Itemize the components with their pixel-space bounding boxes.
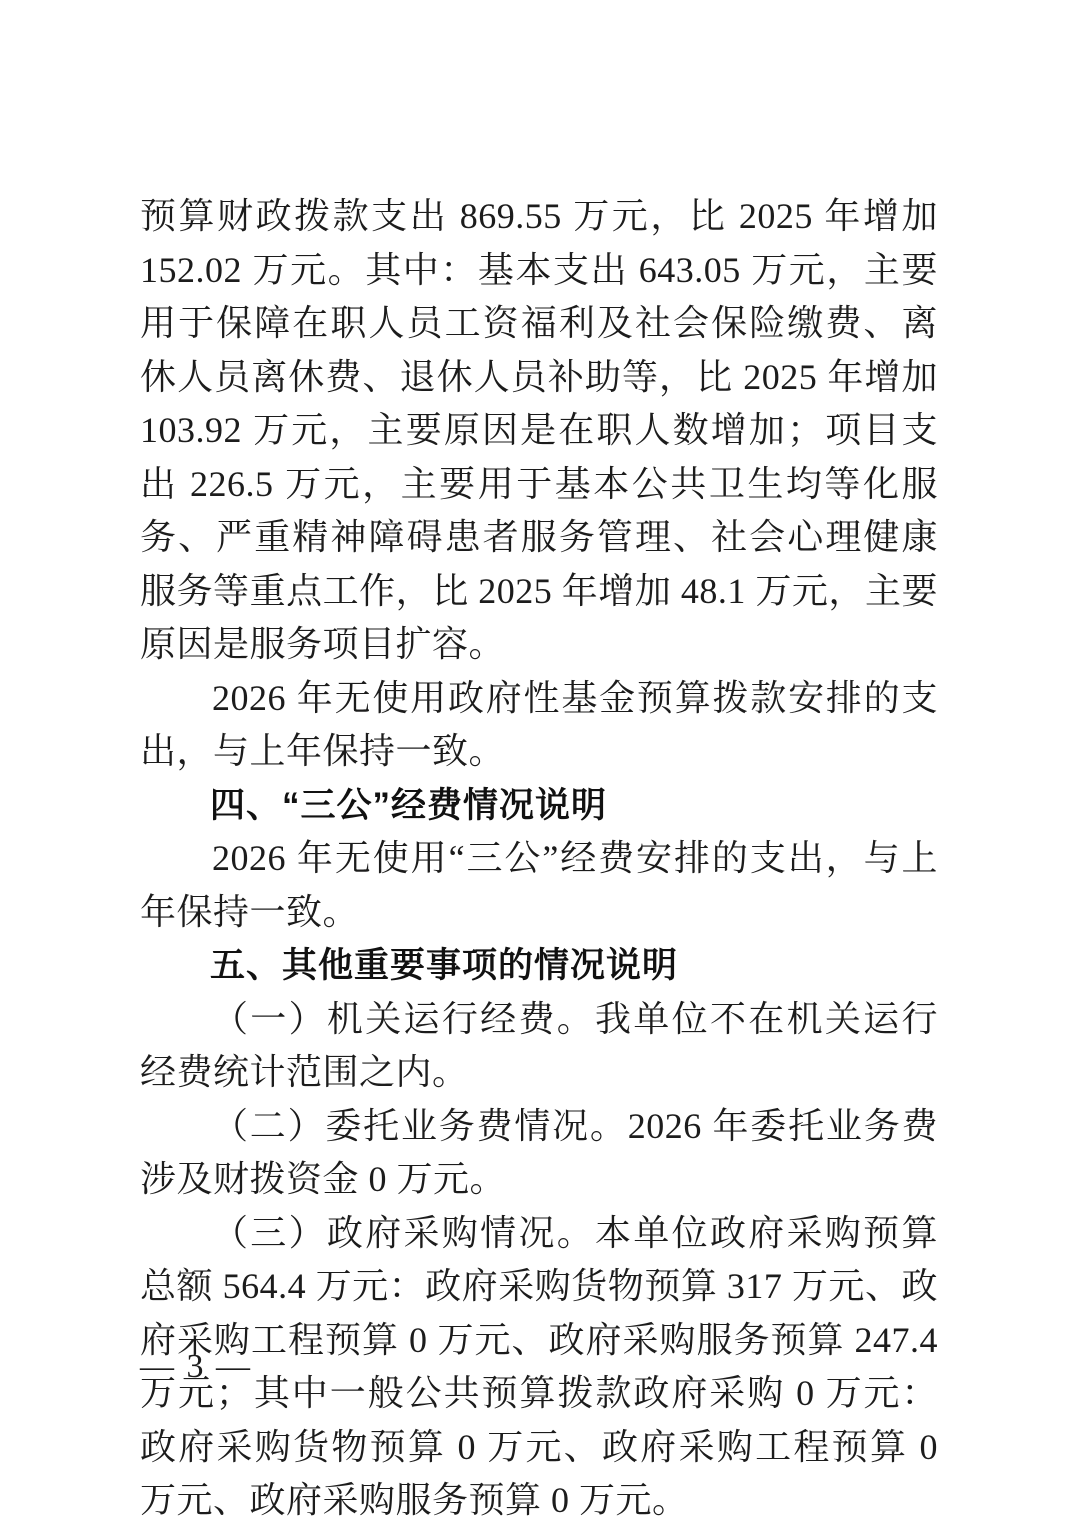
document-body: 预算财政拨款支出 869.55 万元，比 2025 年增加 152.02 万元。… — [140, 190, 938, 1520]
paragraph-agency-operating-expenses: （一）机关运行经费。我单位不在机关运行经费统计范围之内。 — [140, 993, 938, 1100]
paragraph-government-procurement: （三）政府采购情况。本单位政府采购预算总额 564.4 万元：政府采购货物预算 … — [140, 1207, 938, 1520]
heading-section-4-three-public-expenses: 四、“三公”经费情况说明 — [140, 779, 938, 833]
paragraph-entrusted-business-fees: （二）委托业务费情况。2026 年委托业务费涉及财拨资金 0 万元。 — [140, 1100, 938, 1207]
heading-section-5-other-important-matters: 五、其他重要事项的情况说明 — [140, 939, 938, 993]
paragraph-government-fund: 2026 年无使用政府性基金预算拨款安排的支出，与上年保持一致。 — [140, 672, 938, 779]
page-number: — 3 — — [140, 1348, 252, 1386]
paragraph-three-public-expenses: 2026 年无使用“三公”经费安排的支出，与上年保持一致。 — [140, 832, 938, 939]
paragraph-budget-expenditure: 预算财政拨款支出 869.55 万元，比 2025 年增加 152.02 万元。… — [140, 190, 938, 672]
document-page: 预算财政拨款支出 869.55 万元，比 2025 年增加 152.02 万元。… — [0, 0, 1074, 1520]
